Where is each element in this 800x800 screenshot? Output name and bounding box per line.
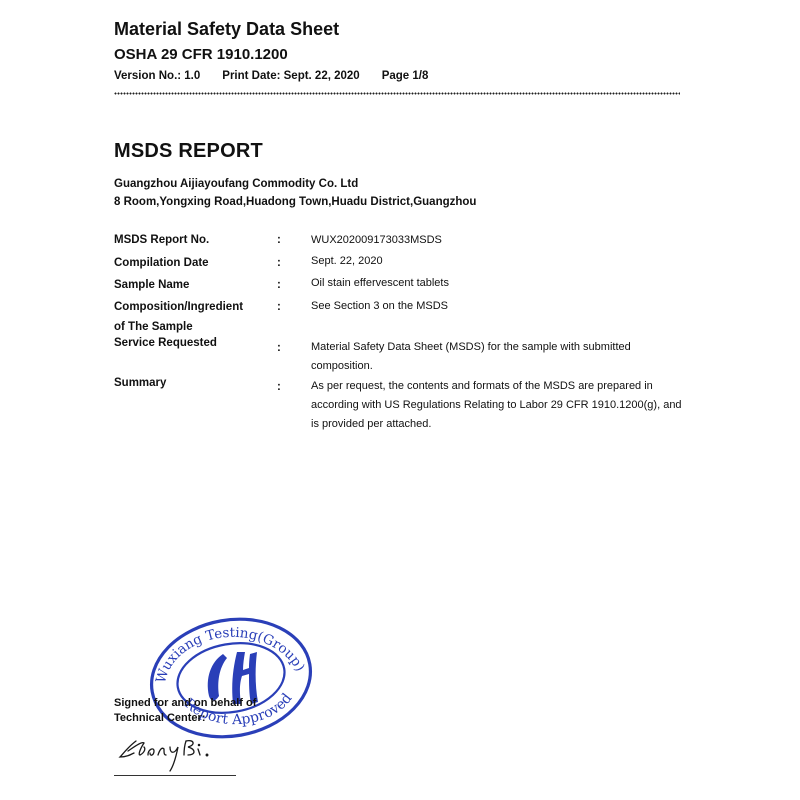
field-value-composition: See Section 3 on the MSDS xyxy=(311,297,448,316)
signoff-line-1: Signed for and on behalf of xyxy=(114,697,256,709)
regulation-reference: OSHA 29 CFR 1910.1200 xyxy=(114,46,288,63)
signoff-line-2: Technical Center: xyxy=(114,712,206,724)
document-title: Material Safety Data Sheet xyxy=(114,19,339,40)
field-value-service-requested: Material Safety Data Sheet (MSDS) for th… xyxy=(311,338,681,376)
field-colon: : xyxy=(277,279,281,291)
company-name: Guangzhou Aijiayoufang Commodity Co. Ltd xyxy=(114,178,358,190)
field-colon: : xyxy=(277,257,281,269)
field-label-composition-cont: of The Sample xyxy=(114,321,193,333)
print-date: Print Date: Sept. 22, 2020 xyxy=(222,70,359,82)
field-value-sample-name: Oil stain effervescent tablets xyxy=(311,274,449,293)
document-meta: Version No.: 1.0Print Date: Sept. 22, 20… xyxy=(114,70,428,82)
field-label-service-requested: Service Requested xyxy=(114,337,217,349)
version-number: Version No.: 1.0 xyxy=(114,70,200,82)
field-colon: : xyxy=(277,381,281,393)
company-address: 8 Room,Yongxing Road,Huadong Town,Huadu … xyxy=(114,196,476,208)
signature-line xyxy=(114,775,236,776)
field-label-compilation-date: Compilation Date xyxy=(114,257,209,269)
handwritten-signature-icon xyxy=(114,733,234,773)
dotted-divider xyxy=(114,92,680,96)
field-colon: : xyxy=(277,234,281,246)
field-value-summary: As per request, the contents and formats… xyxy=(311,377,683,434)
field-label-report-no: MSDS Report No. xyxy=(114,234,209,246)
field-value-report-no: WUX202009173033MSDS xyxy=(311,231,442,250)
field-colon: : xyxy=(277,342,281,354)
field-value-compilation-date: Sept. 22, 2020 xyxy=(311,252,383,271)
field-label-summary: Summary xyxy=(114,377,166,389)
report-title: MSDS REPORT xyxy=(114,140,263,163)
page-number: Page 1/8 xyxy=(382,70,429,82)
field-label-composition: Composition/Ingredient xyxy=(114,301,243,313)
field-label-sample-name: Sample Name xyxy=(114,279,189,291)
field-colon: : xyxy=(277,301,281,313)
